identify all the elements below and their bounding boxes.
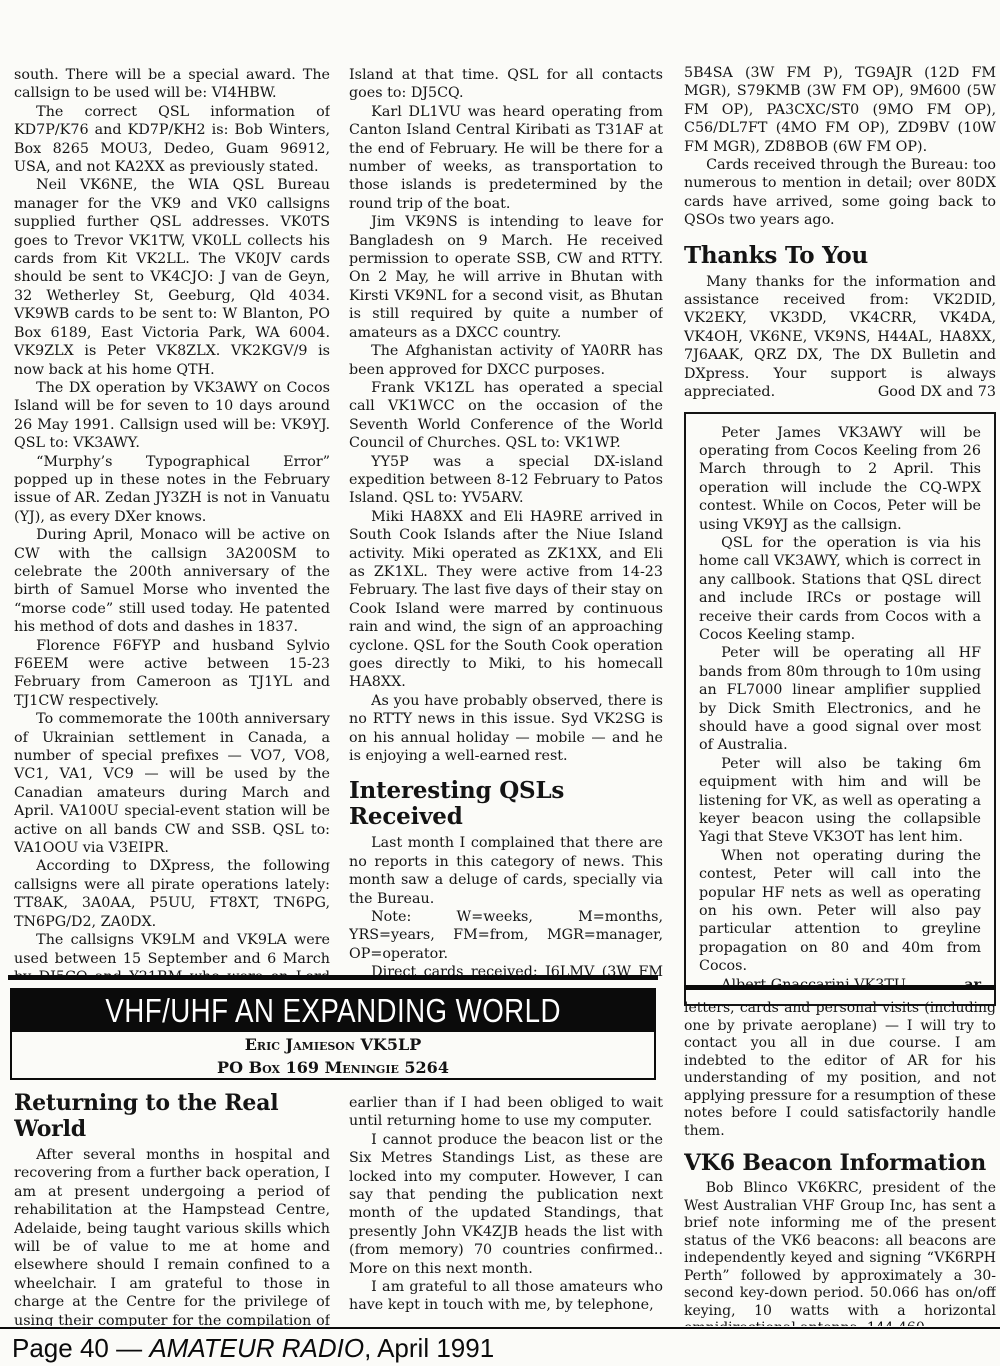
- magazine-page: south. There will be a special award. Th…: [0, 0, 1000, 1366]
- vk6-beacon-heading: VK6 Beacon Information: [684, 1150, 996, 1176]
- body-paragraph: south. There will be a special award. Th…: [14, 66, 330, 103]
- cocos-info-box: Peter James VK3AWY will be operating fro…: [684, 412, 996, 1007]
- body-paragraph: The Afghanistan activity of YA0RR has be…: [349, 342, 663, 379]
- body-paragraph: YY5P was a special DX-island expedition …: [349, 453, 663, 508]
- footer-page-label: Page 40 —: [12, 1333, 149, 1363]
- section-divider-right: [684, 985, 996, 990]
- body-paragraph: Cards received through the Bureau: too n…: [684, 156, 996, 230]
- box-paragraph: Peter James VK3AWY will be operating fro…: [699, 424, 981, 534]
- body-paragraph: During April, Monaco will be active on C…: [14, 526, 330, 636]
- body-paragraph: Neil VK6NE, the WIA QSL Bureau manager f…: [14, 176, 330, 378]
- vhf-banner: VHF/UHF AN EXPANDING WORLD Eric Jamieson…: [10, 988, 656, 1080]
- body-paragraph: I cannot produce the beacon list or the …: [349, 1131, 663, 1278]
- vhf-col-middle: earlier than if I had been obliged to wa…: [349, 1094, 663, 1326]
- body-paragraph: Jim VK9NS is intending to leave for Bang…: [349, 213, 663, 342]
- vhf-byline-address: PO Box 169 Meningie 5264: [12, 1057, 654, 1078]
- body-paragraph: After several months in hospital and rec…: [14, 1146, 330, 1326]
- box-paragraph: When not operating during the contest, P…: [699, 847, 981, 976]
- footer-issue-date: , April 1991: [364, 1333, 494, 1363]
- page-footer: Page 40 — AMATEUR RADIO, April 1991: [12, 1333, 494, 1364]
- vhf-col-left: Returning to the Real World After severa…: [14, 1090, 330, 1326]
- body-paragraph: Frank VK1ZL has operated a special call …: [349, 379, 663, 453]
- body-paragraph: Many thanks for the information and assi…: [684, 273, 996, 402]
- body-paragraph: Note: W=weeks, M=months, YRS=years, FM=f…: [349, 908, 663, 963]
- body-paragraph: Florence F6FYP and husband Sylvio F6EEM …: [14, 637, 330, 711]
- thanks-to-you-heading: Thanks To You: [684, 243, 996, 269]
- dx-col-left: south. There will be a special award. Th…: [14, 66, 330, 976]
- thanks-text: Many thanks for the information and assi…: [684, 274, 996, 400]
- footer-magazine-title: AMATEUR RADIO: [149, 1333, 364, 1363]
- vhf-banner-bar: VHF/UHF AN EXPANDING WORLD: [12, 990, 654, 1032]
- dx-col-right: 5B4SA (3W FM P), TG9AJR (12D FM MGR), S7…: [684, 64, 996, 1006]
- footer-rule: [0, 1327, 1000, 1329]
- returning-heading: Returning to the Real World: [14, 1090, 330, 1142]
- dx-col-middle: Island at that time. QSL for all contact…: [349, 66, 663, 976]
- vhf-byline-name: Eric Jamieson VK5LP: [12, 1034, 654, 1055]
- body-paragraph: The correct QSL information of KD7P/K76 …: [14, 103, 330, 177]
- body-paragraph: “Murphy’s Typographical Error” popped up…: [14, 453, 330, 527]
- body-paragraph: The callsigns VK9LM and VK9LA were used …: [14, 931, 330, 976]
- body-paragraph: letters, cards and personal visits (incl…: [684, 1000, 996, 1140]
- body-paragraph: According to DXpress, the following call…: [14, 857, 330, 931]
- body-paragraph: Island at that time. QSL for all contact…: [349, 66, 663, 103]
- section-divider-left: [8, 975, 658, 980]
- body-paragraph: I am grateful to all those amateurs who …: [349, 1278, 663, 1315]
- body-paragraph: Bob Blinco VK6KRC, president of the West…: [684, 1180, 996, 1326]
- body-paragraph: The DX operation by VK3AWY on Cocos Isla…: [14, 379, 330, 453]
- body-paragraph: Last month I complained that there are n…: [349, 834, 663, 908]
- box-paragraph: Peter will be operating all HF bands fro…: [699, 644, 981, 754]
- body-paragraph: To commemorate the 100th anniversary of …: [14, 710, 330, 857]
- vhf-banner-title: VHF/UHF AN EXPANDING WORLD: [105, 992, 561, 1030]
- body-paragraph: Karl DL1VU was heard operating from Cant…: [349, 103, 663, 213]
- good-dx-signoff: Good DX and 73: [856, 383, 996, 401]
- box-paragraph: Peter will also be taking 6m equipment w…: [699, 755, 981, 847]
- box-paragraph: QSL for the operation is via his home ca…: [699, 534, 981, 644]
- interesting-qsls-heading: Interesting QSLs Received: [349, 778, 663, 830]
- vhf-col-right: letters, cards and personal visits (incl…: [684, 1000, 996, 1326]
- body-paragraph: 5B4SA (3W FM P), TG9AJR (12D FM MGR), S7…: [684, 64, 996, 156]
- body-paragraph: earlier than if I had been obliged to wa…: [349, 1094, 663, 1131]
- body-paragraph: As you have probably observed, there is …: [349, 692, 663, 766]
- body-paragraph: Miki HA8XX and Eli HA9RE arrived in Sout…: [349, 508, 663, 692]
